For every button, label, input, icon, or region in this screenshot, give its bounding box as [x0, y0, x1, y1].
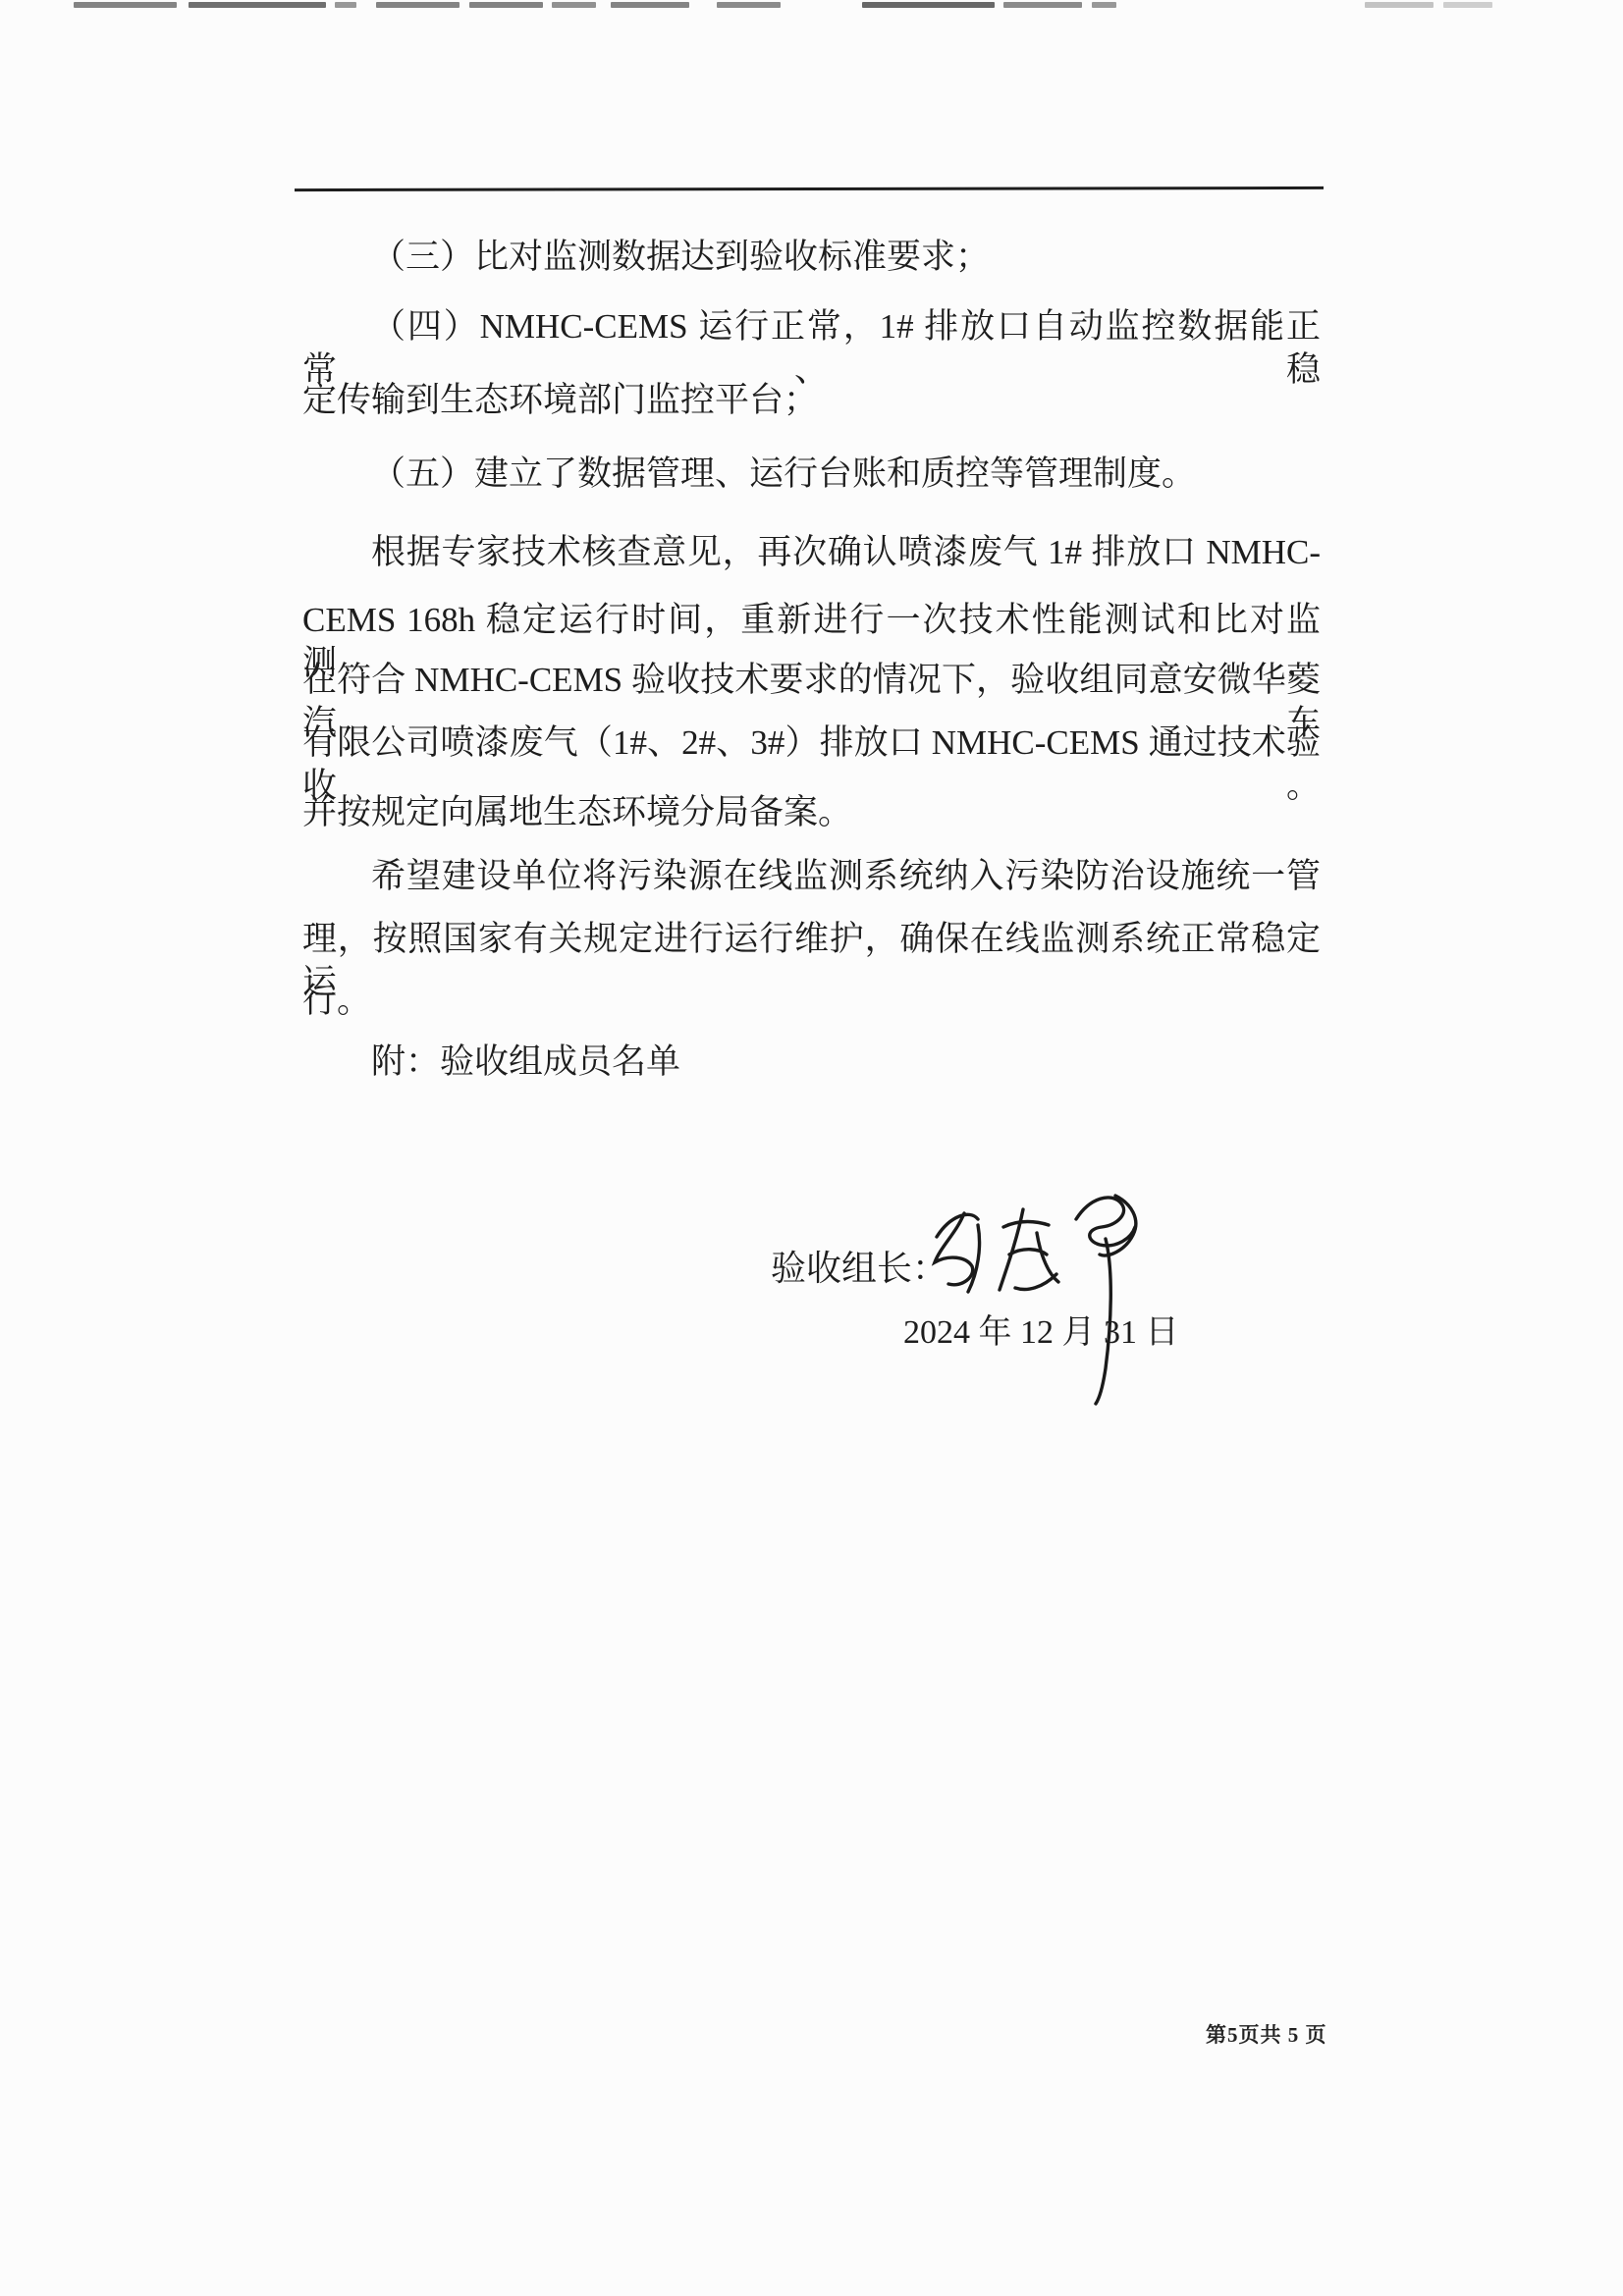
paragraph-line: 希望建设单位将污染源在线监测系统纳入污染防治设施统一管: [302, 855, 1321, 898]
scan-artifact: [1365, 2, 1434, 8]
paragraph-line-item-3: （三）比对监测数据达到验收标准要求；: [302, 236, 1321, 279]
handwritten-signature: [913, 1176, 1163, 1410]
paragraph-line-item-5: （五）建立了数据管理、运行台账和质控等管理制度。: [302, 453, 1321, 496]
page-number: 第5页共 5 页: [1206, 2022, 1327, 2048]
scanned-document-page: （三）比对监测数据达到验收标准要求； （四）NMHC-CEMS 运行正常，1# …: [0, 0, 1623, 2296]
scan-artifact: [611, 2, 689, 8]
paragraph-line: 行。: [302, 980, 1321, 1023]
paragraph-line: 并按规定向属地生态环境分局备案。: [302, 791, 1321, 834]
scan-artifact: [1092, 2, 1116, 8]
paragraph-line: 定传输到生态环境部门监控平台；: [302, 379, 1321, 422]
scan-artifact: [376, 2, 460, 8]
paragraph-line: 根据专家技术核查意见，再次确认喷漆废气 1# 排放口 NMHC-: [302, 531, 1321, 574]
scan-artifact: [862, 2, 995, 8]
scan-artifact: [552, 2, 596, 8]
scan-artifact: [469, 2, 543, 8]
scan-artifact: [74, 2, 177, 8]
scan-artifact: [1003, 2, 1082, 8]
scan-artifact: [717, 2, 781, 8]
scan-artifact: [189, 2, 326, 8]
attachment-note-line: 附：验收组成员名单: [302, 1041, 1321, 1084]
signature-date: 2024 年 12 月 31 日: [903, 1313, 1179, 1353]
scan-artifact: [335, 2, 356, 8]
header-divider-line: [295, 187, 1324, 191]
scan-artifact: [1443, 2, 1492, 8]
